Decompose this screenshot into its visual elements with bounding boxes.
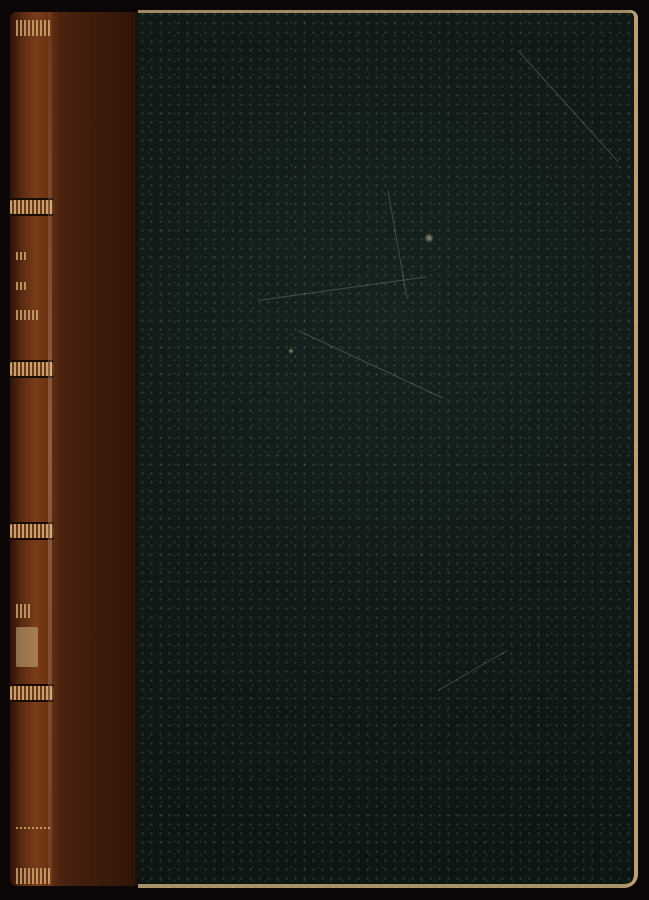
spine-raised-band bbox=[10, 198, 54, 216]
spine-tail-gilt-ornament bbox=[16, 868, 50, 884]
spine-raised-band bbox=[10, 684, 54, 702]
leather-corner-strip bbox=[62, 12, 138, 886]
spine-volume-gilt bbox=[16, 604, 32, 618]
scuff-mark bbox=[288, 348, 294, 354]
scuff-mark bbox=[424, 233, 434, 243]
book bbox=[10, 10, 639, 890]
spine-title-gilt bbox=[16, 310, 38, 320]
spine-head-gilt-ornament bbox=[16, 20, 50, 36]
book-front-cover bbox=[138, 10, 638, 888]
spine-title-gilt bbox=[16, 282, 26, 290]
book-spine bbox=[10, 12, 68, 886]
spine-paper-label bbox=[16, 627, 38, 667]
cloth-texture bbox=[138, 10, 638, 888]
spine-title-gilt bbox=[16, 252, 26, 260]
photo-background bbox=[0, 0, 649, 900]
spine-tail-gilt-line bbox=[16, 827, 50, 829]
spine-raised-band bbox=[10, 522, 54, 540]
spine-raised-band bbox=[10, 360, 54, 378]
